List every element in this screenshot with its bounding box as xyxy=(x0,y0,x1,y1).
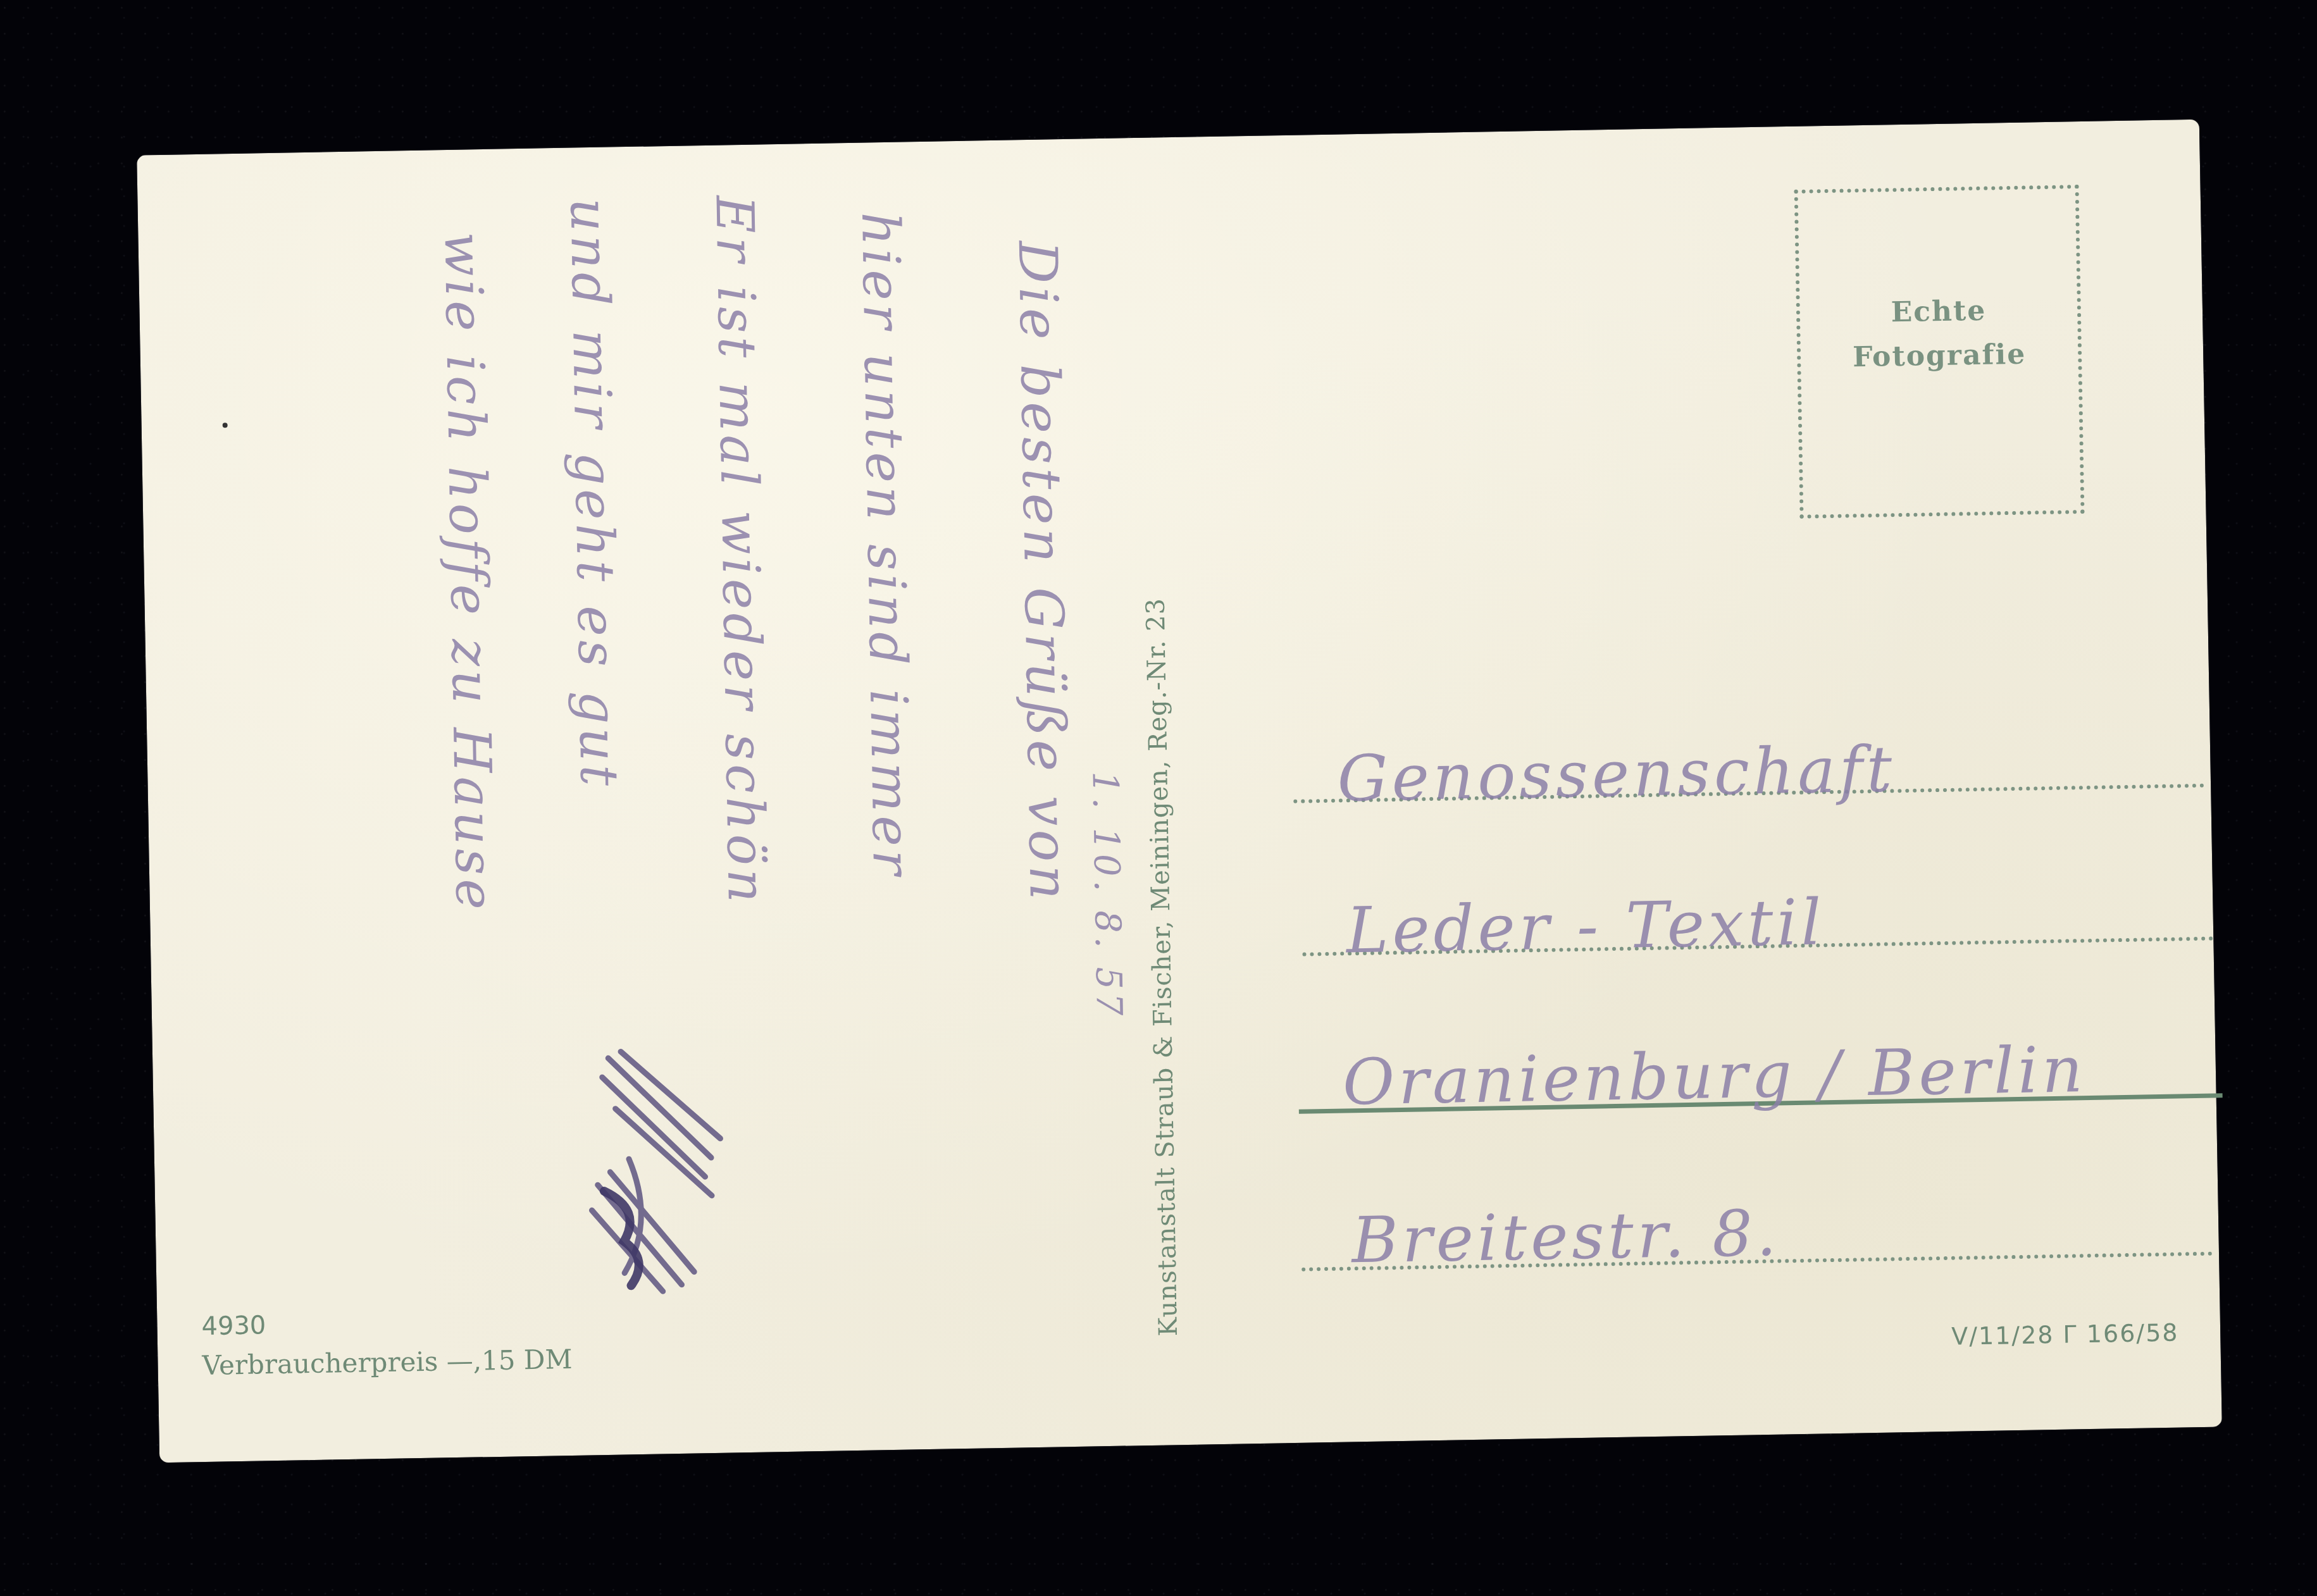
address-street: Breitestr. 8. xyxy=(1351,1196,1780,1278)
stamp-label-line1: Echte xyxy=(1800,293,2078,330)
print-code: V/11/28 Γ 166/58 xyxy=(1951,1319,2179,1351)
address-department: Leder - Textil xyxy=(1346,885,1826,967)
crossed-out-scribble xyxy=(583,1030,739,1299)
stamp-label-line2: Fotografie xyxy=(1801,337,2078,374)
message-column-2: hier unten sind immer xyxy=(850,211,921,879)
message-column-1: Die besten Grüße von xyxy=(1007,240,1080,904)
message-column-5: wie ich hoffe zu Hause xyxy=(432,232,504,914)
message-column-4: und mir geht es gut xyxy=(559,197,629,790)
message-column-3: Er ist mal wieder schön xyxy=(704,195,776,906)
publisher-line: Kunstanstalt Straub & Fischer, Meiningen… xyxy=(1141,598,1183,1337)
paper-speck xyxy=(223,423,228,428)
postcard: Echte Fotografie Kunstanstalt Straub & F… xyxy=(137,120,2222,1463)
catalog-number: 4930 xyxy=(201,1311,266,1341)
scan-background: Echte Fotografie Kunstanstalt Straub & F… xyxy=(0,0,2317,1596)
handwritten-date: 1. 10. 8. 57 xyxy=(1084,770,1129,1020)
stamp-box: Echte Fotografie xyxy=(1794,185,2085,519)
price-line: Verbraucherpreis —,15 DM xyxy=(202,1344,573,1381)
address-city: Oranienburg / Berlin xyxy=(1342,1032,2087,1120)
address-recipient: Genossenschaft xyxy=(1337,732,1896,815)
